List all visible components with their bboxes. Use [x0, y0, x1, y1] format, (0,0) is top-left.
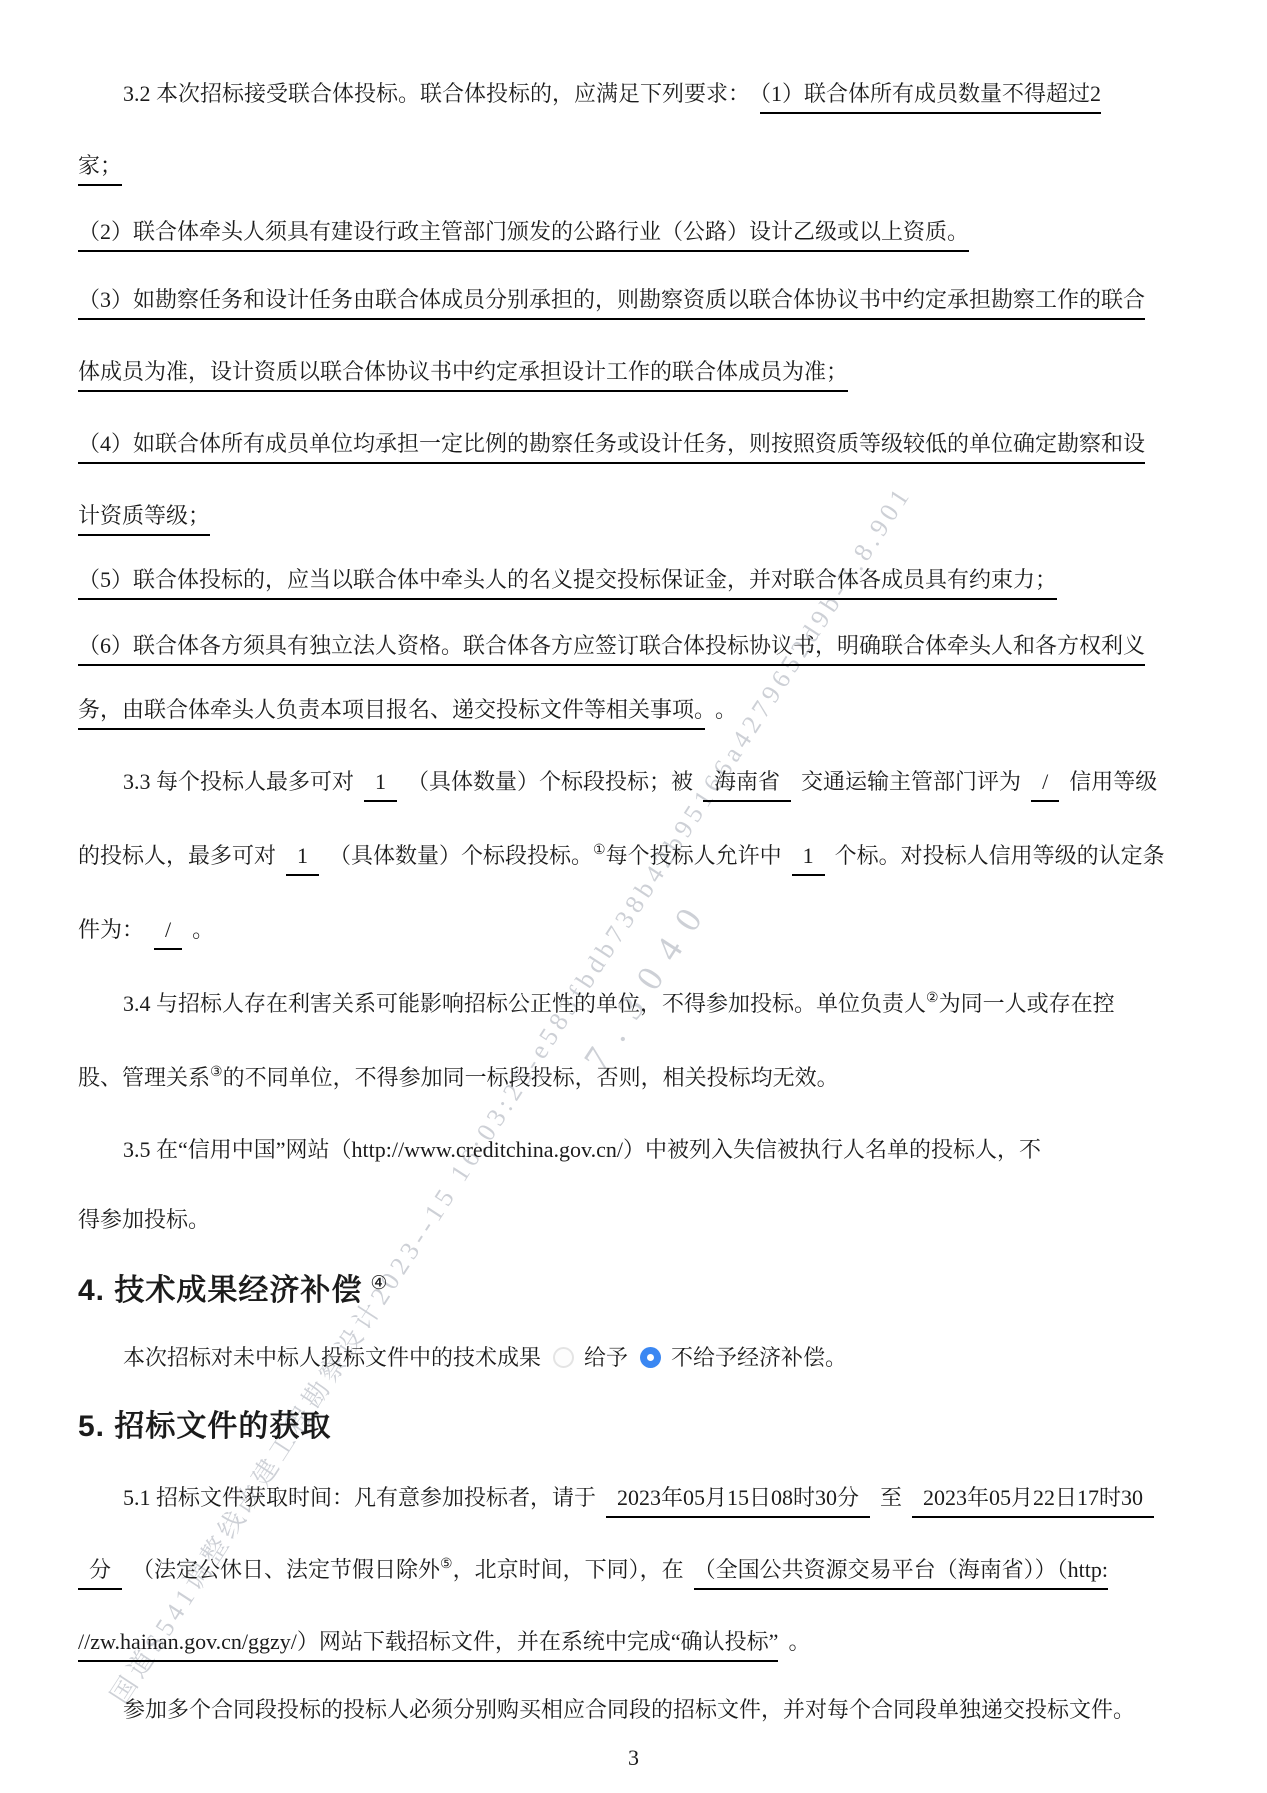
underlined-field: （4）如联合体所有成员单位均承担一定比例的勘察任务或设计任务，则按照资质等级较低… [78, 431, 1145, 464]
blank-field-win-count: 1 [792, 843, 825, 876]
underlined-field: （1）联合体所有成员数量不得超过2 [760, 81, 1101, 114]
clause-3-2-item-3-line-2: 体成员为准，设计资质以联合体协议书中约定承担设计工作的联合体成员为准； [78, 358, 848, 386]
blank-field-start-time: 2023年05月15日08时30分 [606, 1485, 870, 1518]
text-segment: 3.2 本次招标接受联合体投标。联合体投标的，应满足下列要求： [123, 81, 750, 106]
clause-3-3-line-2: 的投标人，最多可对1（具体数量）个标段投标。①每个投标人允许中1个标。对投标人信… [78, 842, 1165, 870]
text-segment: 股、管理关系 [78, 1065, 210, 1090]
underlined-field: 体成员为准，设计资质以联合体协议书中约定承担设计工作的联合体成员为准； [78, 359, 848, 392]
clause-5-1-line-4: 参加多个合同段投标的投标人必须分别购买相应合同段的招标文件，并对每个合同段单独递… [78, 1696, 1135, 1724]
text-segment: （具体数量）个标段投标。 [329, 843, 593, 868]
radio-label-give: 给予 [584, 1345, 628, 1370]
blank-field-province: 海南省 [703, 769, 791, 802]
clause-3-3-line-1: 3.3 每个投标人最多可对1（具体数量）个标段投标；被海南省交通运输主管部门评为… [78, 768, 1157, 796]
text-segment: 的投标人，最多可对 [78, 843, 276, 868]
text-segment: 每个投标人允许中 [606, 843, 782, 868]
heading-text: 5. 招标文件的获取 [78, 1410, 331, 1443]
radio-label-no-give: 不给予经济补偿。 [671, 1345, 847, 1370]
blank-field-lot-count: 1 [286, 843, 319, 876]
footnote-ref-1: ① [593, 843, 606, 858]
clause-3-5-line-2: 得参加投标。 [78, 1206, 210, 1234]
blank-field-end-time: 2023年05月22日17时30 [912, 1485, 1154, 1518]
text-segment: 参加多个合同段投标的投标人必须分别购买相应合同段的招标文件，并对每个合同段单独递… [123, 1697, 1135, 1722]
underlined-field: （3）如勘察任务和设计任务由联合体成员分别承担的，则勘察资质以联合体协议书中约定… [78, 287, 1145, 320]
radio-give-compensation[interactable] [553, 1347, 574, 1368]
clause-3-2-item-4-line-1: （4）如联合体所有成员单位均承担一定比例的勘察任务或设计任务，则按照资质等级较低… [78, 430, 1145, 458]
blank-field-condition: / [154, 917, 182, 950]
text-segment: （法定公休日、法定节假日除外 [132, 1557, 440, 1582]
clause-3-2-item-6-line-2: 务，由联合体牵头人负责本项目报名、递交投标文件等相关事项。。 [78, 696, 737, 724]
clause-3-4-line-2: 股、管理关系③的不同单位，不得参加同一标段投标，否则，相关投标均无效。 [78, 1064, 839, 1092]
text-segment: 交通运输主管部门评为 [801, 769, 1021, 794]
blank-field-url: //zw.hainan.gov.cn/ggzy/）网站下载招标文件，并在系统中完… [78, 1629, 778, 1662]
text-segment: 。 [788, 1629, 810, 1654]
blank-field-credit-grade: / [1031, 769, 1059, 802]
clause-3-2-item-3-line-1: （3）如勘察任务和设计任务由联合体成员分别承担的，则勘察资质以联合体协议书中约定… [78, 286, 1145, 314]
clause-3-4-line-1: 3.4 与招标人存在利害关系可能影响招标公正性的单位，不得参加投标。单位负责人②… [78, 990, 1115, 1018]
footnote-ref-5: ⑤ [440, 1557, 453, 1572]
underlined-field: （6）联合体各方须具有独立法人资格。联合体各方应签订联合体投标协议书，明确联合体… [78, 633, 1145, 666]
blank-field-lot-count: 1 [364, 769, 397, 802]
clause-3-5-line-1: 3.5 在“信用中国”网站（http://www.creditchina.gov… [78, 1136, 1041, 1164]
footnote-ref-4: ④ [370, 1273, 388, 1294]
clause-3-3-line-3: 件为：/。 [78, 916, 214, 944]
clause-3-2-item-4-line-2: 计资质等级； [78, 502, 210, 530]
underlined-field: 分 [78, 1557, 122, 1590]
text-segment: 3.4 与招标人存在利害关系可能影响招标公正性的单位，不得参加投标。单位负责人 [123, 991, 926, 1016]
text-segment: 得参加投标。 [78, 1207, 210, 1232]
text-segment: 3.5 在“信用中国”网站（http://www.creditchina.gov… [123, 1137, 1041, 1162]
document-page: 国道S541调整线改建工程勘察设计2023--15 16:03:25-e583f… [0, 0, 1267, 1793]
page-number: 3 [0, 1744, 1267, 1772]
text-segment: 为同一人或存在控 [939, 991, 1115, 1016]
text-segment: 信用等级 [1069, 769, 1157, 794]
text-segment: 。 [715, 697, 737, 722]
text-segment: ，北京时间，下同），在 [453, 1557, 684, 1582]
underlined-field: （2）联合体牵头人须具有建设行政主管部门颁发的公路行业（公路）设计乙级或以上资质… [78, 219, 969, 252]
footnote-ref-3: ③ [210, 1065, 223, 1080]
compensation-choice-row: 本次招标对未中标人投标文件中的技术成果给予不给予经济补偿。 [78, 1344, 847, 1372]
text-segment: 本次招标对未中标人投标文件中的技术成果 [123, 1345, 541, 1370]
text-segment: 。 [192, 917, 214, 942]
section-4-heading: 4. 技术成果经济补偿④ [78, 1272, 388, 1310]
clause-3-2-item-5: （5）联合体投标的，应当以联合体中牵头人的名义提交投标保证金，并对联合体各成员具… [78, 566, 1057, 594]
text-segment: 个标。对投标人信用等级的认定条 [835, 843, 1165, 868]
underlined-field: 计资质等级； [78, 503, 210, 536]
clause-3-2-item-6-line-1: （6）联合体各方须具有独立法人资格。联合体各方应签订联合体投标协议书，明确联合体… [78, 632, 1145, 660]
text-segment: 的不同单位，不得参加同一标段投标，否则，相关投标均无效。 [223, 1065, 839, 1090]
text-segment: （具体数量）个标段投标；被 [407, 769, 693, 794]
text-segment: 件为： [78, 917, 144, 942]
clause-3-2-line-1: 3.2 本次招标接受联合体投标。联合体投标的，应满足下列要求：（1）联合体所有成… [78, 80, 1101, 108]
radio-no-compensation[interactable] [640, 1347, 661, 1368]
footnote-ref-2: ② [926, 991, 939, 1006]
page-number-text: 3 [628, 1745, 639, 1770]
clause-3-2-line-2: 家； [78, 152, 122, 180]
text-segment: 3.3 每个投标人最多可对 [123, 769, 354, 794]
clause-5-1-line-1: 5.1 招标文件获取时间：凡有意参加投标者，请于2023年05月15日08时30… [78, 1484, 1154, 1512]
clause-5-1-line-3: //zw.hainan.gov.cn/ggzy/）网站下载招标文件，并在系统中完… [78, 1628, 810, 1656]
blank-field-platform: （全国公共资源交易平台（海南省））（http: [694, 1557, 1108, 1590]
underlined-field: （5）联合体投标的，应当以联合体中牵头人的名义提交投标保证金，并对联合体各成员具… [78, 567, 1057, 600]
clause-5-1-line-2: 分（法定公休日、法定节假日除外⑤，北京时间，下同），在（全国公共资源交易平台（海… [78, 1556, 1108, 1584]
clause-3-2-item-2: （2）联合体牵头人须具有建设行政主管部门颁发的公路行业（公路）设计乙级或以上资质… [78, 218, 969, 246]
text-segment: 至 [880, 1485, 902, 1510]
section-5-heading: 5. 招标文件的获取 [78, 1408, 331, 1446]
watermark-version-line: 7.3040 [575, 886, 720, 1077]
underlined-field: 务，由联合体牵头人负责本项目报名、递交投标文件等相关事项。 [78, 697, 705, 730]
underlined-field: 家； [78, 153, 122, 186]
text-segment: 5.1 招标文件获取时间：凡有意参加投标者，请于 [123, 1485, 596, 1510]
heading-text: 4. 技术成果经济补偿 [78, 1274, 362, 1307]
